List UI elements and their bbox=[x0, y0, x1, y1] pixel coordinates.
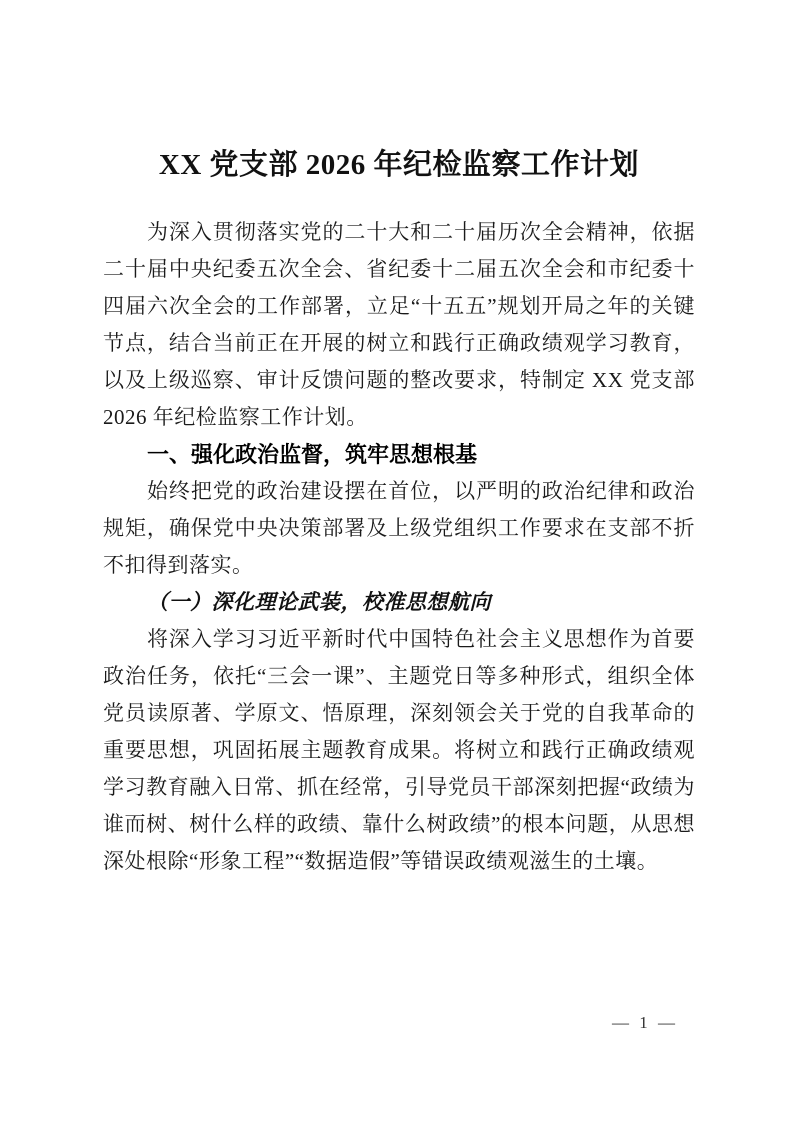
paragraph-intro: 为深入贯彻落实党的二十大和二十届历次全会精神，依据二十届中央纪委五次全会、省纪委… bbox=[103, 214, 695, 436]
page-number: — 1 — bbox=[612, 1013, 678, 1033]
paragraph-subsection-1-1: 将深入学习习近平新时代中国特色社会主义思想作为首要政治任务，依托“三会一课”、主… bbox=[103, 621, 695, 880]
document-page: XX 党支部 2026 年纪检监察工作计划 为深入贯彻落实党的二十大和二十届历次… bbox=[0, 0, 793, 1122]
document-body: XX 党支部 2026 年纪检监察工作计划 为深入贯彻落实党的二十大和二十届历次… bbox=[103, 142, 695, 880]
subsection-heading-1-1: （一）深化理论武装，校准思想航向 bbox=[103, 584, 695, 621]
paragraph-section-1: 始终把党的政治建设摆在首位，以严明的政治纪律和政治规矩，确保党中央决策部署及上级… bbox=[103, 473, 695, 584]
section-heading-1: 一、强化政治监督，筑牢思想根基 bbox=[103, 436, 695, 473]
document-title: XX 党支部 2026 年纪检监察工作计划 bbox=[103, 142, 695, 188]
